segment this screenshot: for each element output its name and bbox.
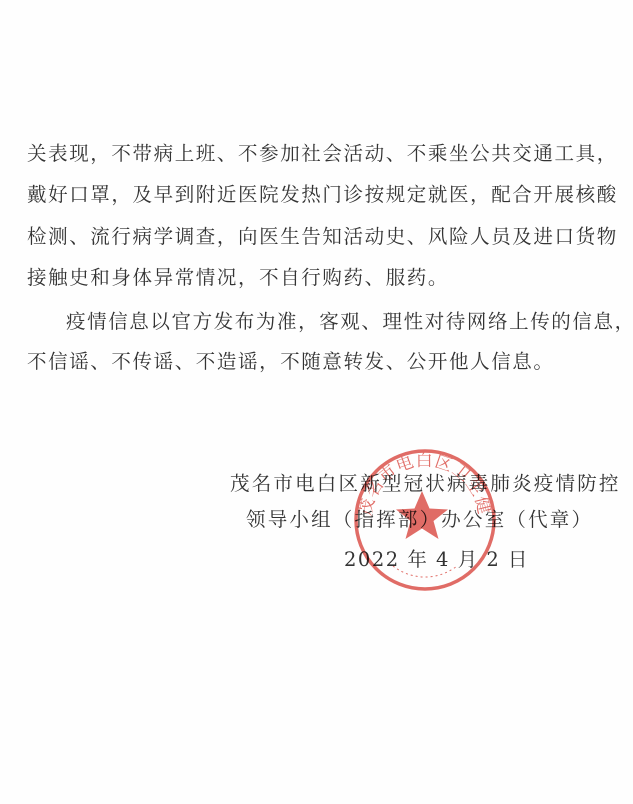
paragraph-1-line-4: 接触史和身体异常情况，不自行购药、服药。	[27, 266, 587, 290]
stamp-seal-icon: 茂名市电白区卫生健康局	[353, 448, 497, 592]
document-page: 关表现，不带病上班、不参加社会活动、不乘坐公共交通工具， 戴好口罩，及早到附近医…	[0, 0, 633, 804]
paragraph-1-line-2: 戴好口罩，及早到附近医院发热门诊按规定就医，配合开展核酸	[27, 183, 587, 207]
paragraph-2-line-2: 不信谣、不传谣、不造谣，不随意转发、公开他人信息。	[27, 350, 587, 374]
official-stamp: 茂名市电白区卫生健康局	[353, 448, 497, 592]
paragraph-2-line-1: 疫情信息以官方发布为准，客观、理性对待网络上传的信息，	[66, 310, 626, 334]
paragraph-1-line-3: 检测、流行病学调查，向医生告知活动史、风险人员及进口货物	[27, 225, 587, 249]
paragraph-1-line-1: 关表现，不带病上班、不参加社会活动、不乘坐公共交通工具，	[27, 142, 587, 166]
star-icon	[396, 491, 448, 539]
